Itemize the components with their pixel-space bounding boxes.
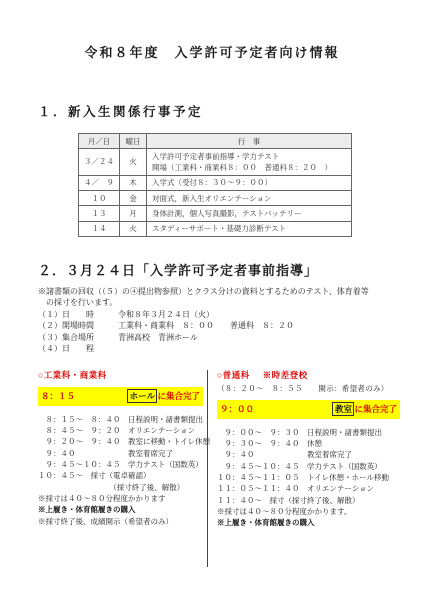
note-line: の採寸を行います。 <box>38 297 410 308</box>
table-row: ３／２４ 火 入学許可予定者事前指導・学力テスト 開場（工業科・商業科８：００ … <box>79 149 352 176</box>
day-cell: 月 <box>120 206 147 221</box>
column-kogyo-shogyo: ○工業科・商業科 ８：１５ ホールに集合完了 ８：１５～ ８：４０ 日程説明・諸… <box>38 370 207 567</box>
assembly-suffix: に集合完了 <box>354 403 397 415</box>
table-row: １３ 月 身体計測，個人写真撮影，テストバッテリー <box>79 206 352 221</box>
header-text: ○普通科 <box>217 370 250 380</box>
day-cell: 火 <box>120 221 147 236</box>
schedule-item: ９：２０～ ９：４０ 教室に移動・トイレ休憩 <box>38 436 203 447</box>
schedule-item: ８：１５～ ８：４０ 日程説明・諸書類提出 <box>38 414 203 425</box>
assembly-time: ８：１５ <box>41 390 75 402</box>
schedule-item: １０：４５～１１：０５ トイレ休憩・ホール移動 <box>217 472 410 483</box>
note-line: ※採寸は４０～８０分程度かかります。 <box>217 506 410 517</box>
table-header-row: 月／日 曜日 行 事 <box>79 134 352 149</box>
column-header-date: 月／日 <box>79 134 120 149</box>
note-line: ※採寸は４０～８０分程度かかります <box>38 493 203 504</box>
list-item: （３）集合場所 青洲高校 青洲ホール <box>38 332 410 344</box>
section1-heading: １．新入生関係行事予定 <box>38 102 424 120</box>
note-line: ※採寸終了後、成績開示（希望者のみ） <box>38 516 203 527</box>
assembly-suffix: に集合完了 <box>157 390 200 402</box>
table-row: ４／ ９ 木 入学式（受付８：３０～９：００） <box>79 175 352 190</box>
item-label: （４）日 程 <box>38 343 118 355</box>
boxed-location: 教室 <box>332 402 354 416</box>
day-cell: 火 <box>120 149 147 176</box>
event-cell: 対面式，新入生オリエンテーション <box>147 191 352 206</box>
schedule-item: １１：４０～ 採寸（採寸終了後、解散） <box>217 495 410 506</box>
table-row: １０ 金 対面式，新入生オリエンテーション <box>79 191 352 206</box>
schedule-item: ９：３０～ ９：４０ 休憩 <box>217 438 410 449</box>
note-line-bold: ※上履き・体育館履きの購入 <box>38 504 203 516</box>
item-value: 工業科・商業科 ８：００ 普通科 ８：２０ <box>118 320 294 332</box>
table-row: １４ 火 スタディーサポート・基礎力診断テスト <box>79 221 352 236</box>
schedule-item: ９：４０ 教室着席完了 <box>217 449 410 460</box>
item-value: 青洲高校 青洲ホール <box>118 332 198 344</box>
header-note: ※時差登校 <box>263 370 308 380</box>
assembly-place-phrase: ホールに集合完了 <box>127 389 200 403</box>
schedule-item: ９：４５～１０：４５ 学力テスト（国数英） <box>38 459 203 470</box>
event-cell: 入学式（受付８：３０～９：００） <box>147 175 352 190</box>
assembly-time: ９：００ <box>220 403 254 415</box>
schedule-item: １０：４５～ 採寸（電卓確認） <box>38 470 203 481</box>
item-label: （１）日 時 <box>38 309 118 321</box>
note-line: ※諸書類の回収（（５）の④提出物参照）とクラス分けの資料とするためのテスト、体育… <box>38 286 410 297</box>
document-page: 令和８年度 入学許可予定者向け情報 １．新入生関係行事予定 月／日 曜日 行 事… <box>0 0 424 600</box>
events-table: 月／日 曜日 行 事 ３／２４ 火 入学許可予定者事前指導・学力テスト 開場（工… <box>78 133 352 237</box>
disclosure-subline: （８：２０～ ８：５５ 開示：希望者のみ） <box>217 383 410 394</box>
boxed-location: ホール <box>127 389 157 403</box>
event-cell: スタディーサポート・基礎力診断テスト <box>147 221 352 236</box>
section2-note: ※諸書類の回収（（５）の④提出物参照）とクラス分けの資料とするためのテスト、体育… <box>38 286 410 308</box>
item-label: （３）集合場所 <box>38 332 118 344</box>
schedule-item: ８：４５～ ９：２０ オリエンテーション <box>38 425 203 436</box>
list-item: （２）開場時間 工業科・商業科 ８：００ 普通科 ８：２０ <box>38 320 410 332</box>
column-right-header: ○普通科※時差登校 <box>217 370 410 381</box>
schedule-item: ９：４０ 教室着席完了 <box>38 448 203 459</box>
event-cell: 入学許可予定者事前指導・学力テスト 開場（工業科・商業科８：００ 普通科８：２０… <box>147 149 352 176</box>
date-cell: ３／２４ <box>79 149 120 176</box>
section2-heading: ２．３月２４日「入学許可予定者事前指導」 <box>38 260 424 279</box>
item-label: （２）開場時間 <box>38 320 118 332</box>
schedule-list-right: ９：００～ ９：３０ 日程説明・諸書類提出 ９：３０～ ９：４０ 休憩 ９：４０… <box>217 427 410 529</box>
date-cell: ４／ ９ <box>79 175 120 190</box>
column-header-event: 行 事 <box>147 134 352 149</box>
assembly-place-phrase: 教室に集合完了 <box>332 402 397 416</box>
section2-item-list: （１）日 時 令和８年３月２４日（火） （２）開場時間 工業科・商業科 ８：００… <box>38 309 410 355</box>
page-title: 令和８年度 入学許可予定者向け情報 <box>0 0 424 61</box>
event-cell: 身体計測，個人写真撮影，テストバッテリー <box>147 206 352 221</box>
list-item: （４）日 程 <box>38 343 410 355</box>
schedule-columns: ○工業科・商業科 ８：１５ ホールに集合完了 ８：１５～ ８：４０ 日程説明・諸… <box>38 370 410 567</box>
date-cell: １３ <box>79 206 120 221</box>
day-cell: 金 <box>120 191 147 206</box>
date-cell: １０ <box>79 191 120 206</box>
column-futsuka: ○普通科※時差登校 （８：２０～ ８：５５ 開示：希望者のみ） ９：００ 教室に… <box>207 370 410 567</box>
event-line: 開場（工業科・商業科８：００ 普通科８：２０ ） <box>152 162 346 173</box>
date-cell: １４ <box>79 221 120 236</box>
schedule-item: （採寸終了後、解散） <box>38 482 203 493</box>
column-header-day: 曜日 <box>120 134 147 149</box>
schedule-item: ９：００～ ９：３０ 日程説明・諸書類提出 <box>217 427 410 438</box>
assembly-highlight-left: ８：１５ ホールに集合完了 <box>38 387 203 406</box>
schedule-item: ９：４５～１０：４５ 学力テスト（国数英） <box>217 461 410 472</box>
note-line-bold: ※上履き・体育館履きの購入 <box>217 517 410 529</box>
list-item: （１）日 時 令和８年３月２４日（火） <box>38 309 410 321</box>
schedule-item: １１：０５～１１：４０ オリエンテーション <box>217 483 410 494</box>
day-cell: 木 <box>120 175 147 190</box>
schedule-list-left: ８：１５～ ８：４０ 日程説明・諸書類提出 ８：４５～ ９：２０ オリエンテーシ… <box>38 414 203 527</box>
assembly-highlight-right: ９：００ 教室に集合完了 <box>217 400 400 419</box>
column-left-header: ○工業科・商業科 <box>38 370 203 381</box>
item-value: 令和８年３月２４日（火） <box>118 309 214 321</box>
event-line: 入学許可予定者事前指導・学力テスト <box>152 151 346 162</box>
